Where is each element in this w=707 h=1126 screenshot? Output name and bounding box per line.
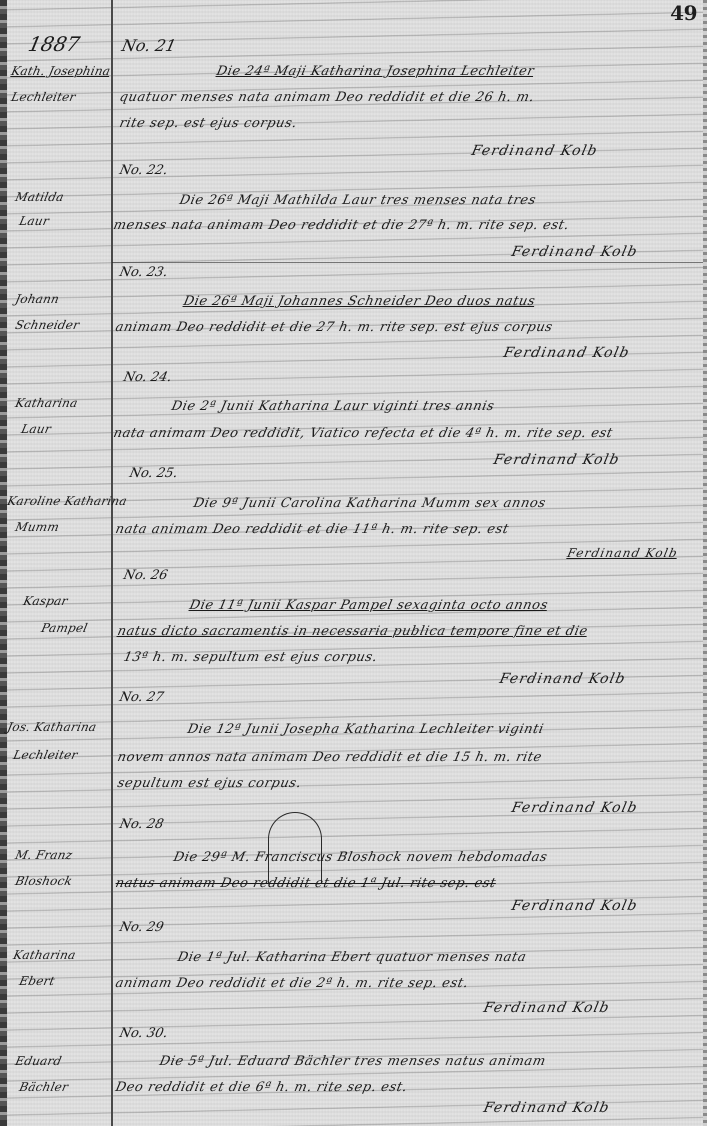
entry-line: Die 26ª Maji Mathilda Laur tres menses n… xyxy=(178,193,537,208)
margin-name-surname: Laur xyxy=(18,214,50,228)
margin-rule-line xyxy=(111,0,113,1126)
priest-signature: Ferdinand Kolb xyxy=(566,546,679,560)
entry-line: Die 26ª Maji Johannes Schneider Deo duos… xyxy=(182,294,537,309)
margin-name-surname: Lechleiter xyxy=(12,748,79,762)
entry-number: No. 27 xyxy=(118,690,165,705)
page-binding-edge xyxy=(0,0,7,1126)
entry-line: natus animam Deo reddidit et die 1ª Jul.… xyxy=(114,876,497,891)
entry-line: menses nata animam Deo reddidit et die 2… xyxy=(112,218,571,233)
margin-name-surname: Bloshock xyxy=(14,874,74,888)
margin-name-surname: Bächler xyxy=(18,1080,69,1094)
entry-line: novem annos nata animam Deo reddidit et … xyxy=(116,750,543,765)
margin-name-surname: Pampel xyxy=(40,621,89,635)
entry-number: No. 23. xyxy=(118,265,169,280)
entry-line: Die 1ª Jul. Katharina Ebert quatuor mens… xyxy=(176,950,528,965)
entry-number: No. 29 xyxy=(118,920,165,935)
entry-number: No. 22. xyxy=(118,163,169,178)
entry-line: 13ª h. m. sepultum est ejus corpus. xyxy=(122,650,379,665)
correction-bracket-mark xyxy=(268,812,322,883)
page-number: 49 xyxy=(670,1,697,25)
margin-name-first: Matilda xyxy=(14,190,65,204)
margin-name-first: Katharina xyxy=(12,948,77,962)
margin-name-surname: Ebert xyxy=(18,974,56,988)
margin-name-first: Katharina xyxy=(14,396,79,410)
entry-line: Die 5ª Jul. Eduard Bächler tres menses n… xyxy=(158,1054,547,1069)
margin-name-surname: Schneider xyxy=(14,318,81,332)
entry-line: nata animam Deo reddidit et die 11ª h. m… xyxy=(114,522,510,537)
entry-line: Die 29ª M. Franciscus Bloshock novem heb… xyxy=(172,850,549,865)
priest-signature: Ferdinand Kolb xyxy=(470,143,599,159)
margin-name-surname: Mumm xyxy=(14,520,61,534)
entry-line: rite sep. est ejus corpus. xyxy=(118,116,299,131)
priest-signature: Ferdinand Kolb xyxy=(510,800,639,816)
entry-line: animam Deo reddidit et die 2ª h. m. rite… xyxy=(114,976,470,991)
margin-name-first: Karoline Katharina xyxy=(6,494,128,508)
margin-name-first: M. Franz xyxy=(14,848,74,862)
entry-line: Die 12ª Junii Josepha Katharina Lechleit… xyxy=(186,722,545,737)
margin-name-first: Kath. Josephina xyxy=(10,64,112,78)
entry-line: Die 9ª Junii Carolina Katharina Mumm sex… xyxy=(192,496,547,511)
priest-signature: Ferdinand Kolb xyxy=(510,244,639,260)
entry-number: No. 24. xyxy=(122,370,173,385)
margin-name-surname: Laur xyxy=(20,422,52,436)
priest-signature: Ferdinand Kolb xyxy=(482,1000,611,1016)
entry-line: sepultum est ejus corpus. xyxy=(116,776,303,791)
register-year: 1887 xyxy=(26,32,82,56)
priest-signature: Ferdinand Kolb xyxy=(482,1100,611,1116)
entry-number: No. 26 xyxy=(122,568,169,583)
entry-number: No. 30. xyxy=(118,1026,169,1041)
entry-number: No. 25. xyxy=(128,466,179,481)
entry-line: nata animam Deo reddidit, Viatico refect… xyxy=(112,426,614,441)
margin-name-first: Jos. Katharina xyxy=(6,720,98,734)
entry-line: Deo reddidit et die 6ª h. m. rite sep. e… xyxy=(114,1080,409,1095)
priest-signature: Ferdinand Kolb xyxy=(492,452,621,468)
priest-signature: Ferdinand Kolb xyxy=(498,671,627,687)
register-page: 49 1887 No. 21 Kath. Josephina Lechleite… xyxy=(0,0,707,1126)
entry-line: Die 24ª Maji Katharina Josephina Lechlei… xyxy=(215,64,536,79)
margin-name-first: Johann xyxy=(14,292,61,306)
entry-number: No. 28 xyxy=(118,817,165,832)
margin-name-first: Kaspar xyxy=(22,594,69,608)
page-right-edge xyxy=(703,0,707,1126)
entry-line: natus dicto sacramentis in necessaria pu… xyxy=(116,624,589,639)
entry-line: Die 11ª Junii Kaspar Pampel sexaginta oc… xyxy=(188,598,549,613)
margin-name-first: Eduard xyxy=(14,1054,63,1068)
priest-signature: Ferdinand Kolb xyxy=(510,898,639,914)
entry-line: quatuor menses nata animam Deo reddidit … xyxy=(118,90,536,105)
entry-line: Die 2ª Junii Katharina Laur viginti tres… xyxy=(170,399,496,414)
margin-name-surname: Lechleiter xyxy=(10,90,77,104)
priest-signature: Ferdinand Kolb xyxy=(502,345,631,361)
entry-number: No. 21 xyxy=(120,36,178,55)
entry-line: animam Deo reddidit et die 27 h. m. rite… xyxy=(114,320,554,335)
entry-divider xyxy=(112,262,703,263)
